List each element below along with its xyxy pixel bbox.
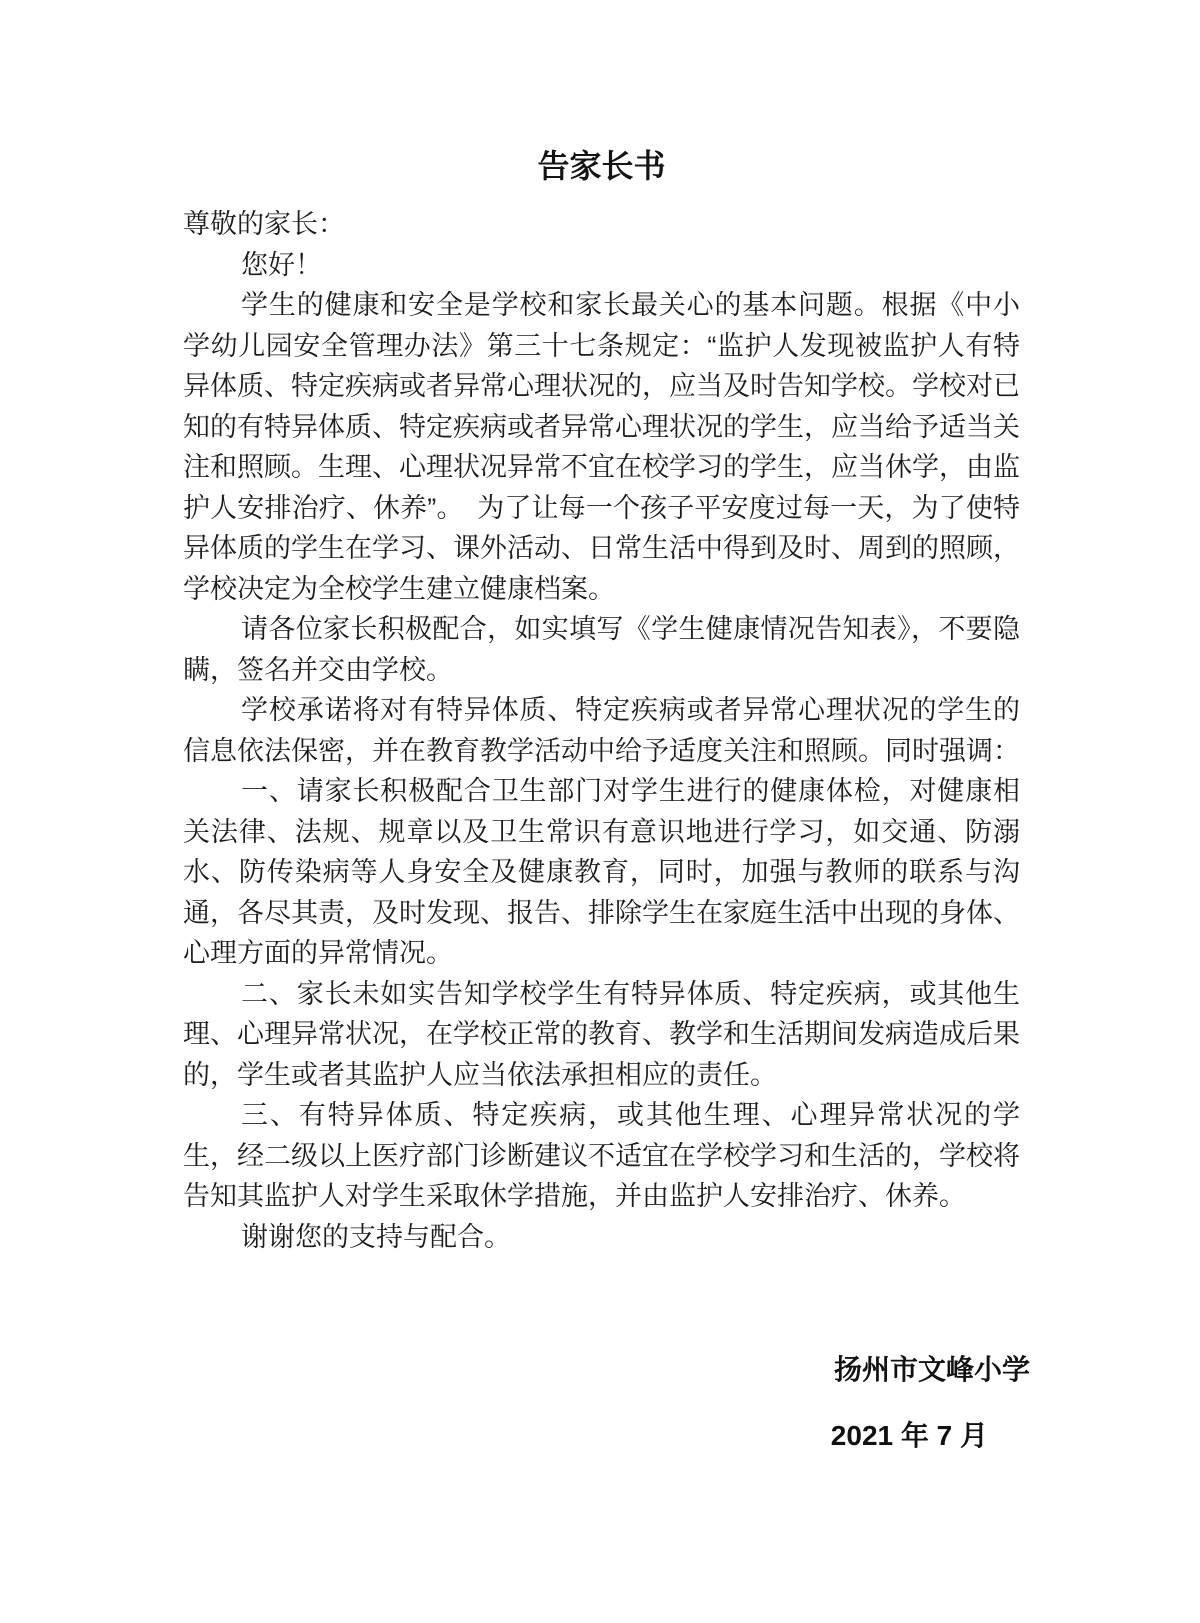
paragraph-request-form: 请各位家长积极配合，如实填写《学生健康情况告知表》，不要隐瞒，签名并交由学校。 [183, 609, 1020, 690]
salutation: 尊敬的家长： [183, 204, 1020, 245]
document-body: 您好！ 学生的健康和安全是学校和家长最关心的基本问题。根据《中小学幼儿园安全管理… [183, 245, 1020, 1258]
school-signature: 扬州市文峰小学 [834, 1350, 1030, 1390]
paragraph-item-one: 一、请家长积极配合卫生部门对学生进行的健康体检，对健康相关法律、法规、规章以及卫… [183, 771, 1020, 974]
signature-date: 2021 年 7 月 [831, 1416, 988, 1456]
paragraph-item-two: 二、家长未如实告知学校学生有特异体质、特定疾病，或其他生理、心理异常状况，在学校… [183, 974, 1020, 1096]
paragraph-thanks: 谢谢您的支持与配合。 [183, 1217, 1020, 1258]
paragraph-item-three: 三、有特异体质、特定疾病，或其他生理、心理异常状况的学生，经二级以上医疗部门诊断… [183, 1095, 1020, 1217]
paragraph-school-promise: 学校承诺将对有特异体质、特定疾病或者异常心理状况的学生的信息依法保密，并在教育教… [183, 690, 1020, 771]
page-title: 告家长书 [183, 150, 1020, 182]
document-content: 告家长书 尊敬的家长： 您好！ 学生的健康和安全是学校和家长最关心的基本问题。根… [183, 150, 1020, 1257]
paragraph-greeting: 您好！ [183, 245, 1020, 286]
paragraph-intro-regulation: 学生的健康和安全是学校和家长最关心的基本问题。根据《中小学幼儿园安全管理办法》第… [183, 285, 1020, 609]
document-page: 告家长书 尊敬的家长： 您好！ 学生的健康和安全是学校和家长最关心的基本问题。根… [0, 0, 1200, 1623]
